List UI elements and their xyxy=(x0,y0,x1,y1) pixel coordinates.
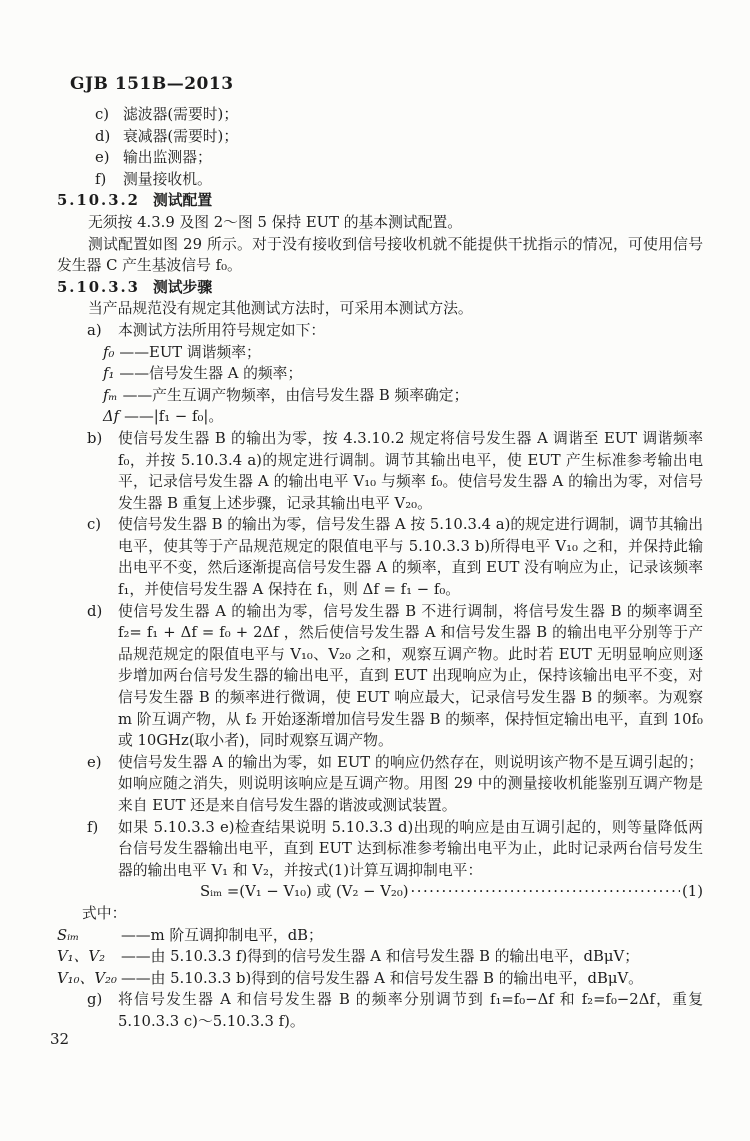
definition-row: Sᵢₘ——m 阶互调抑制电平，dB； xyxy=(57,925,703,947)
definition-term: V₁₀、V₂₀ xyxy=(57,968,121,990)
symbol-definition-row: Δf——|f₁ − f₀|。 xyxy=(57,406,703,428)
formula-leader-dots: ········································… xyxy=(411,881,681,903)
page-number: 32 xyxy=(50,1030,69,1048)
symbol-term: f₀ xyxy=(103,344,114,361)
document-page: GJB 151B—2013 c) 滤波器(需要时)； d) 衰减器(需要时)； … xyxy=(0,0,750,1141)
step-text: 使信号发生器 B 的输出为零，按 4.3.10.2 规定将信号发生器 A 调谐至… xyxy=(118,430,703,512)
step-label: a) xyxy=(87,320,102,342)
step-item-e: e) 使信号发生器 A 的输出为零，如 EUT 的响应仍然存在，则说明该产物不是… xyxy=(57,752,703,817)
formula-1: Sᵢₘ =(V₁ − V₁₀) 或 (V₂ − V₂₀) ···········… xyxy=(57,881,703,903)
page-content: c) 滤波器(需要时)； d) 衰减器(需要时)； e) 输出监测器； f) 测… xyxy=(57,104,703,1033)
definition-term: V₁、V₂ xyxy=(57,946,121,968)
formula-expression: Sᵢₘ =(V₁ − V₁₀) 或 (V₂ − V₂₀) xyxy=(200,881,409,903)
symbol-definition-row: f₁——信号发生器 A 的频率； xyxy=(57,363,703,385)
formula-number: (1) xyxy=(682,881,703,903)
step-text: 使信号发生器 A 的输出为零，信号发生器 B 不进行调制，将信号发生器 B 的频… xyxy=(118,603,703,750)
symbol-term: fₘ xyxy=(103,387,118,404)
definition-row: V₁、V₂——由 5.10.3.3 f)得到的信号发生器 A 和信号发生器 B … xyxy=(57,946,703,968)
definition-desc: ——由 5.10.3.3 f)得到的信号发生器 A 和信号发生器 B 的输出电平… xyxy=(121,948,639,965)
step-text: 将信号发生器 A 和信号发生器 B 的频率分别调节到 f₁=f₀−Δf 和 f₂… xyxy=(118,991,703,1030)
step-text: 使信号发生器 B 的输出为零，信号发生器 A 按 5.10.3.4 a)的规定进… xyxy=(118,516,703,598)
list-label: c) xyxy=(95,104,109,126)
step-label: f) xyxy=(87,817,98,839)
definition-term: Sᵢₘ xyxy=(57,925,121,947)
step-label: g) xyxy=(87,989,102,1011)
step-label: c) xyxy=(87,514,101,536)
step-text: 使信号发生器 A 的输出为零，如 EUT 的响应仍然存在，则说明该产物不是互调引… xyxy=(118,754,703,814)
step-item-d: d) 使信号发生器 A 的输出为零，信号发生器 B 不进行调制，将信号发生器 B… xyxy=(57,601,703,752)
equipment-list-item: f) 测量接收机。 xyxy=(57,169,703,191)
where-label: 式中： xyxy=(57,903,703,925)
symbol-term: f₁ xyxy=(103,365,114,382)
step-text: 本测试方法所用符号规定如下： xyxy=(118,322,325,339)
section-heading-test-config: 5.10.3.2测试配置 xyxy=(57,190,703,212)
step-item-f: f) 如果 5.10.3.3 e)检查结果说明 5.10.3.3 d)出现的响应… xyxy=(57,817,703,882)
list-label: f) xyxy=(95,169,106,191)
symbol-term: Δf xyxy=(103,408,119,425)
step-text: 如果 5.10.3.3 e)检查结果说明 5.10.3.3 d)出现的响应是由互… xyxy=(118,819,703,879)
symbol-desc: ——信号发生器 A 的频率； xyxy=(119,365,302,382)
paragraph: 当产品规范没有规定其他测试方法时，可采用本测试方法。 xyxy=(57,298,703,320)
paragraph: 无须按 4.3.9 及图 2～图 5 保持 EUT 的基本测试配置。 xyxy=(57,212,703,234)
step-label: d) xyxy=(87,601,102,623)
section-title: 测试步骤 xyxy=(153,279,212,296)
section-number: 5.10.3.2 xyxy=(57,192,140,209)
standard-number-header: GJB 151B—2013 xyxy=(70,74,234,94)
list-label: d) xyxy=(95,126,110,148)
equipment-list-item: e) 输出监测器； xyxy=(57,147,703,169)
list-text: 滤波器(需要时)； xyxy=(123,106,238,123)
step-item-a: a) 本测试方法所用符号规定如下： xyxy=(57,320,703,342)
symbol-desc: ——EUT 调谐频率； xyxy=(119,344,260,361)
equipment-list-item: c) 滤波器(需要时)； xyxy=(57,104,703,126)
definition-row: V₁₀、V₂₀——由 5.10.3.3 b)得到的信号发生器 A 和信号发生器 … xyxy=(57,968,703,990)
symbol-definition-row: f₀——EUT 调谐频率； xyxy=(57,342,703,364)
list-text: 测量接收机。 xyxy=(123,171,212,188)
section-number: 5.10.3.3 xyxy=(57,279,140,296)
section-title: 测试配置 xyxy=(153,192,212,209)
step-item-b: b) 使信号发生器 B 的输出为零，按 4.3.10.2 规定将信号发生器 A … xyxy=(57,428,703,514)
step-item-g: g) 将信号发生器 A 和信号发生器 B 的频率分别调节到 f₁=f₀−Δf 和… xyxy=(57,989,703,1032)
step-item-c: c) 使信号发生器 B 的输出为零，信号发生器 A 按 5.10.3.4 a)的… xyxy=(57,514,703,600)
section-heading-test-steps: 5.10.3.3测试步骤 xyxy=(57,277,703,299)
symbol-desc: ——|f₁ − f₀|。 xyxy=(124,408,223,425)
list-text: 衰减器(需要时)； xyxy=(123,128,238,145)
definition-desc: ——m 阶互调抑制电平，dB； xyxy=(121,927,323,944)
paragraph: 测试配置如图 29 所示。对于没有接收到信号接收机就不能提供干扰指示的情况，可使… xyxy=(57,234,703,277)
symbol-desc: ——产生互调产物频率，由信号发生器 B 频率确定； xyxy=(123,387,469,404)
symbol-definition-row: fₘ——产生互调产物频率，由信号发生器 B 频率确定； xyxy=(57,385,703,407)
definition-desc: ——由 5.10.3.3 b)得到的信号发生器 A 和信号发生器 B 的输出电平… xyxy=(121,970,643,987)
step-label: e) xyxy=(87,752,102,774)
step-label: b) xyxy=(87,428,102,450)
list-text: 输出监测器； xyxy=(123,149,212,166)
list-label: e) xyxy=(95,147,110,169)
equipment-list-item: d) 衰减器(需要时)； xyxy=(57,126,703,148)
